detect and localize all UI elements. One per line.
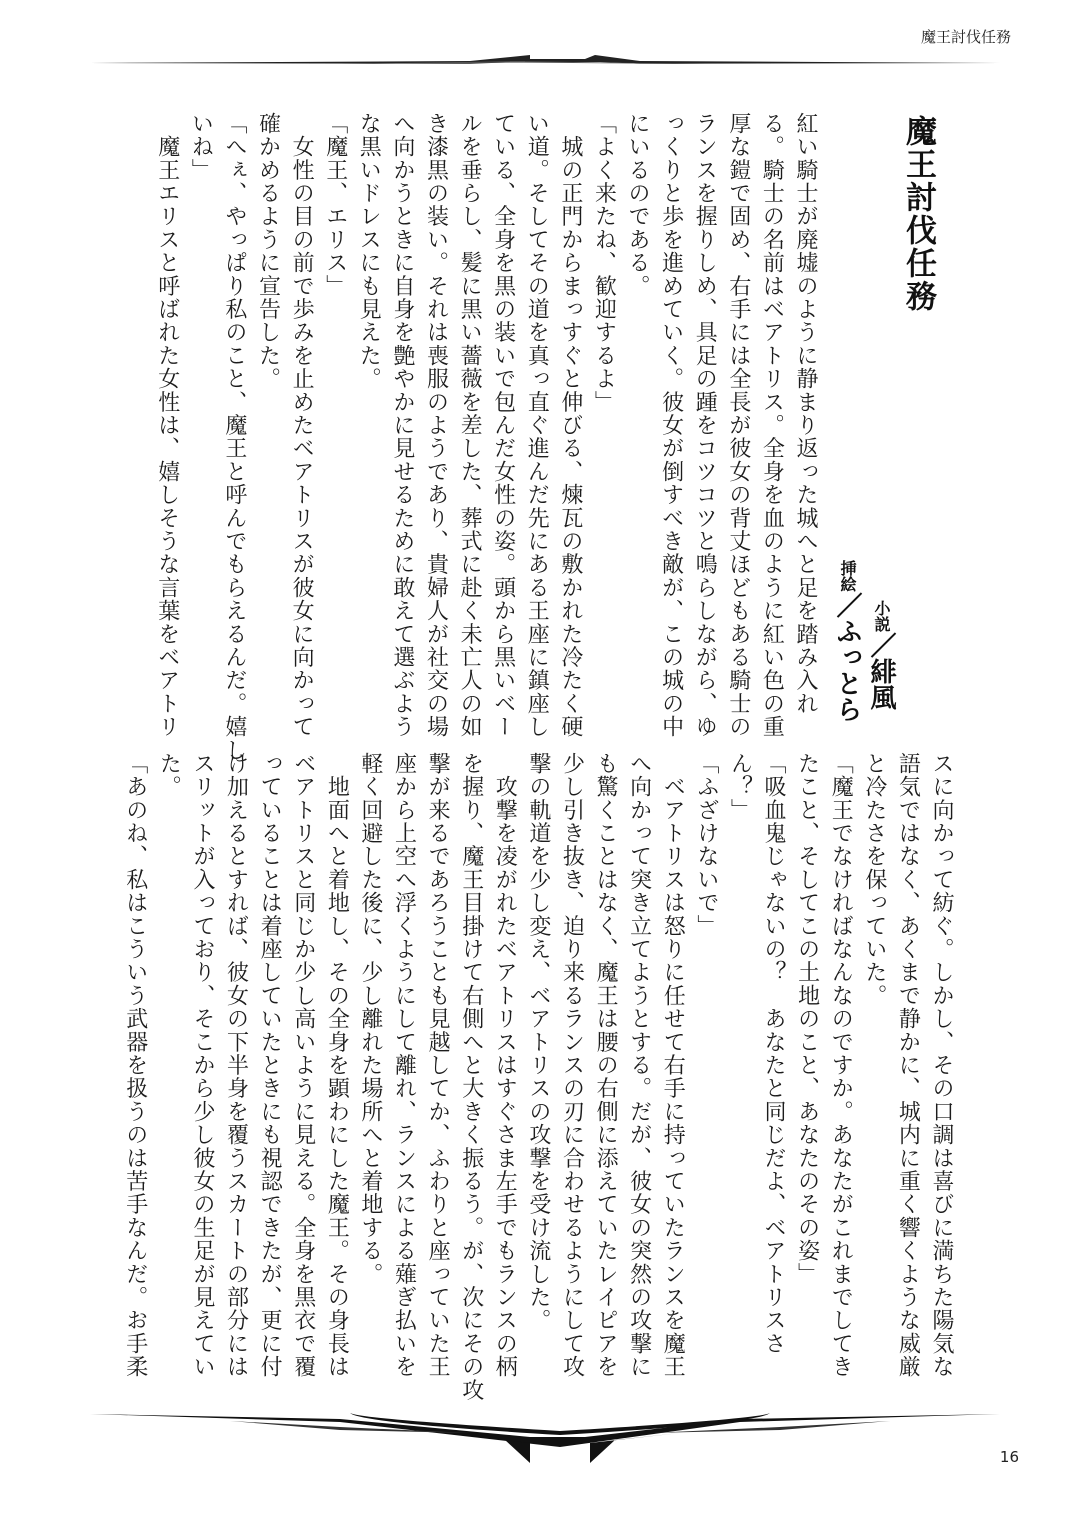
credit-novel-author: 緋風 bbox=[866, 658, 896, 710]
text-column: け加えるとすれば、彼女の下半身を覆うスカートの部分には bbox=[219, 752, 253, 1392]
credit-novel: 小説／緋風 bbox=[866, 600, 896, 710]
text-column: と冷たさを保っていた。 bbox=[857, 752, 891, 1392]
text-column: ん？」 bbox=[723, 752, 757, 1392]
text-column: スリットが入っており、そこから少し彼女の生足が見えてい bbox=[185, 752, 219, 1392]
text-column: にいるのである。 bbox=[620, 112, 654, 716]
credit-separator: ／ bbox=[866, 632, 896, 658]
text-column: も驚くことはなく、魔王は腰の右側に添えていたレイピアを bbox=[588, 752, 622, 1392]
text-column: いね」 bbox=[184, 112, 218, 716]
text-column: 「あのね、私はこういう武器を扱うのは苦手なんだ。お手柔 bbox=[118, 752, 152, 1392]
text-column: 「ふざけないで」 bbox=[689, 752, 723, 1392]
page-number: 16 bbox=[1000, 1448, 1019, 1466]
text-column: 地面へと着地し、その全身を顕わにした魔王。その身長は bbox=[320, 752, 354, 1392]
ornament-top-divider-icon bbox=[40, 50, 1010, 70]
body-text-upper-block: 紅い騎士が廃墟のように静まり返った城へと足を踏み入れ る。騎士の名前はベアトリス… bbox=[102, 112, 822, 716]
text-column: ルを垂らし、髪に黒い薔薇を差した、葬式に赴く未亡人の如 bbox=[452, 112, 486, 716]
text-column: を握り、魔王目掛けて右側へと大きく振るう。が、次にその攻 bbox=[454, 752, 488, 1392]
text-column: 撃の軌道を少し変え、ベアトリスの攻撃を受け流した。 bbox=[521, 752, 555, 1392]
text-column: た。 bbox=[152, 752, 186, 1392]
text-column: 厚な鎧で固め、右手には全長が彼女の背丈ほどもある騎士の bbox=[721, 112, 755, 716]
text-column: 「魔王、エリス」 bbox=[318, 112, 352, 716]
credit-illust-role: 挿絵 bbox=[838, 560, 857, 592]
text-column: 魔王エリスと呼ばれた女性は、嬉しそうな言葉をベアトリ bbox=[150, 112, 184, 716]
text-column: 「魔王でなければなんなのですか。あなたがこれまでしてき bbox=[824, 752, 858, 1392]
text-column: 「吸血鬼じゃないの？ あなたと同じだよ、ベアトリスさ bbox=[756, 752, 790, 1392]
text-column: る。騎士の名前はベアトリス。全身を血のように紅い色の重 bbox=[755, 112, 789, 716]
text-column: スに向かって紡ぐ。しかし、その口調は喜びに満ちた陽気な bbox=[924, 752, 958, 1392]
text-column: 「よく来たね、歓迎するよ」 bbox=[587, 112, 621, 716]
body-text-lower-block: スに向かって紡ぐ。しかし、その口調は喜びに満ちた陽気な 語気ではなく、あくまで静… bbox=[98, 752, 958, 1392]
text-column: ている、全身を黒の装いで包んだ女性の姿。頭から黒いベー bbox=[486, 112, 520, 716]
text-column: っくりと歩を進めていく。彼女が倒すべき敵が、この城の中 bbox=[654, 112, 688, 716]
text-column: 少し引き抜き、迫り来るランスの刃に合わせるようにして攻 bbox=[555, 752, 589, 1392]
text-column: 座から上空へ浮くようにして離れ、ランスによる薙ぎ払いを bbox=[387, 752, 421, 1392]
text-column: い道。そしてその道を真っ直ぐ進んだ先にある王座に鎮座し bbox=[520, 112, 554, 716]
text-column: き漆黒の装い。それは喪服のようであり、貴婦人が社交の場 bbox=[419, 112, 453, 716]
text-column: 女性の目の前で歩みを止めたベアトリスが彼女に向かって bbox=[285, 112, 319, 716]
text-column: ランスを握りしめ、具足の踵をコツコツと鳴らしながら、ゆ bbox=[688, 112, 722, 716]
credit-illustration: 挿絵／ふっとら bbox=[832, 560, 862, 722]
article-title: 魔王討伐任務 bbox=[898, 115, 938, 313]
text-column: ベアトリスは怒りに任せて右手に持っていたランスを魔王 bbox=[656, 752, 690, 1392]
text-column: たこと、そしてこの土地のこと、あなたのその姿」 bbox=[790, 752, 824, 1392]
text-column: 確かめるように宣告した。 bbox=[251, 112, 285, 716]
text-column: へ向かうときに自身を艶やかに見せるために敢えて選ぶよう bbox=[385, 112, 419, 716]
credit-separator: ／ bbox=[832, 592, 862, 618]
text-column: ベアトリスと同じか少し高いように見える。全身を黒衣で覆 bbox=[286, 752, 320, 1392]
running-header-title: 魔王討伐任務 bbox=[921, 26, 1011, 47]
text-column: な黒いドレスにも見えた。 bbox=[352, 112, 386, 716]
text-column: 城の正門からまっすぐと伸びる、煉瓦の敷かれた冷たく硬 bbox=[553, 112, 587, 716]
credit-novel-role: 小説 bbox=[872, 600, 891, 632]
text-column: 「へぇ、やっぱり私のこと、魔王と呼んでもらえるんだ。嬉し bbox=[217, 112, 251, 716]
text-column: 撃が来るであろうことも見越してか、ふわりと座っていた王 bbox=[421, 752, 455, 1392]
credit-illust-author: ふっとら bbox=[832, 618, 862, 722]
text-column: っていることは着座していたときにも視認できたが、更に付 bbox=[253, 752, 287, 1392]
text-column: へ向かって突き立てようとする。だが、彼女の突然の攻撃に bbox=[622, 752, 656, 1392]
text-column: 攻撃を凌がれたベアトリスはすぐさま左手でもランスの柄 bbox=[488, 752, 522, 1392]
text-column: 紅い騎士が廃墟のように静まり返った城へと足を踏み入れ bbox=[788, 112, 822, 716]
text-column: 軽く回避した後に、少し離れた場所へと着地する。 bbox=[353, 752, 387, 1392]
text-column: 語気ではなく、あくまで静かに、城内に重く響くような威厳 bbox=[891, 752, 925, 1392]
ornament-bottom-divider-icon bbox=[40, 1405, 1010, 1465]
